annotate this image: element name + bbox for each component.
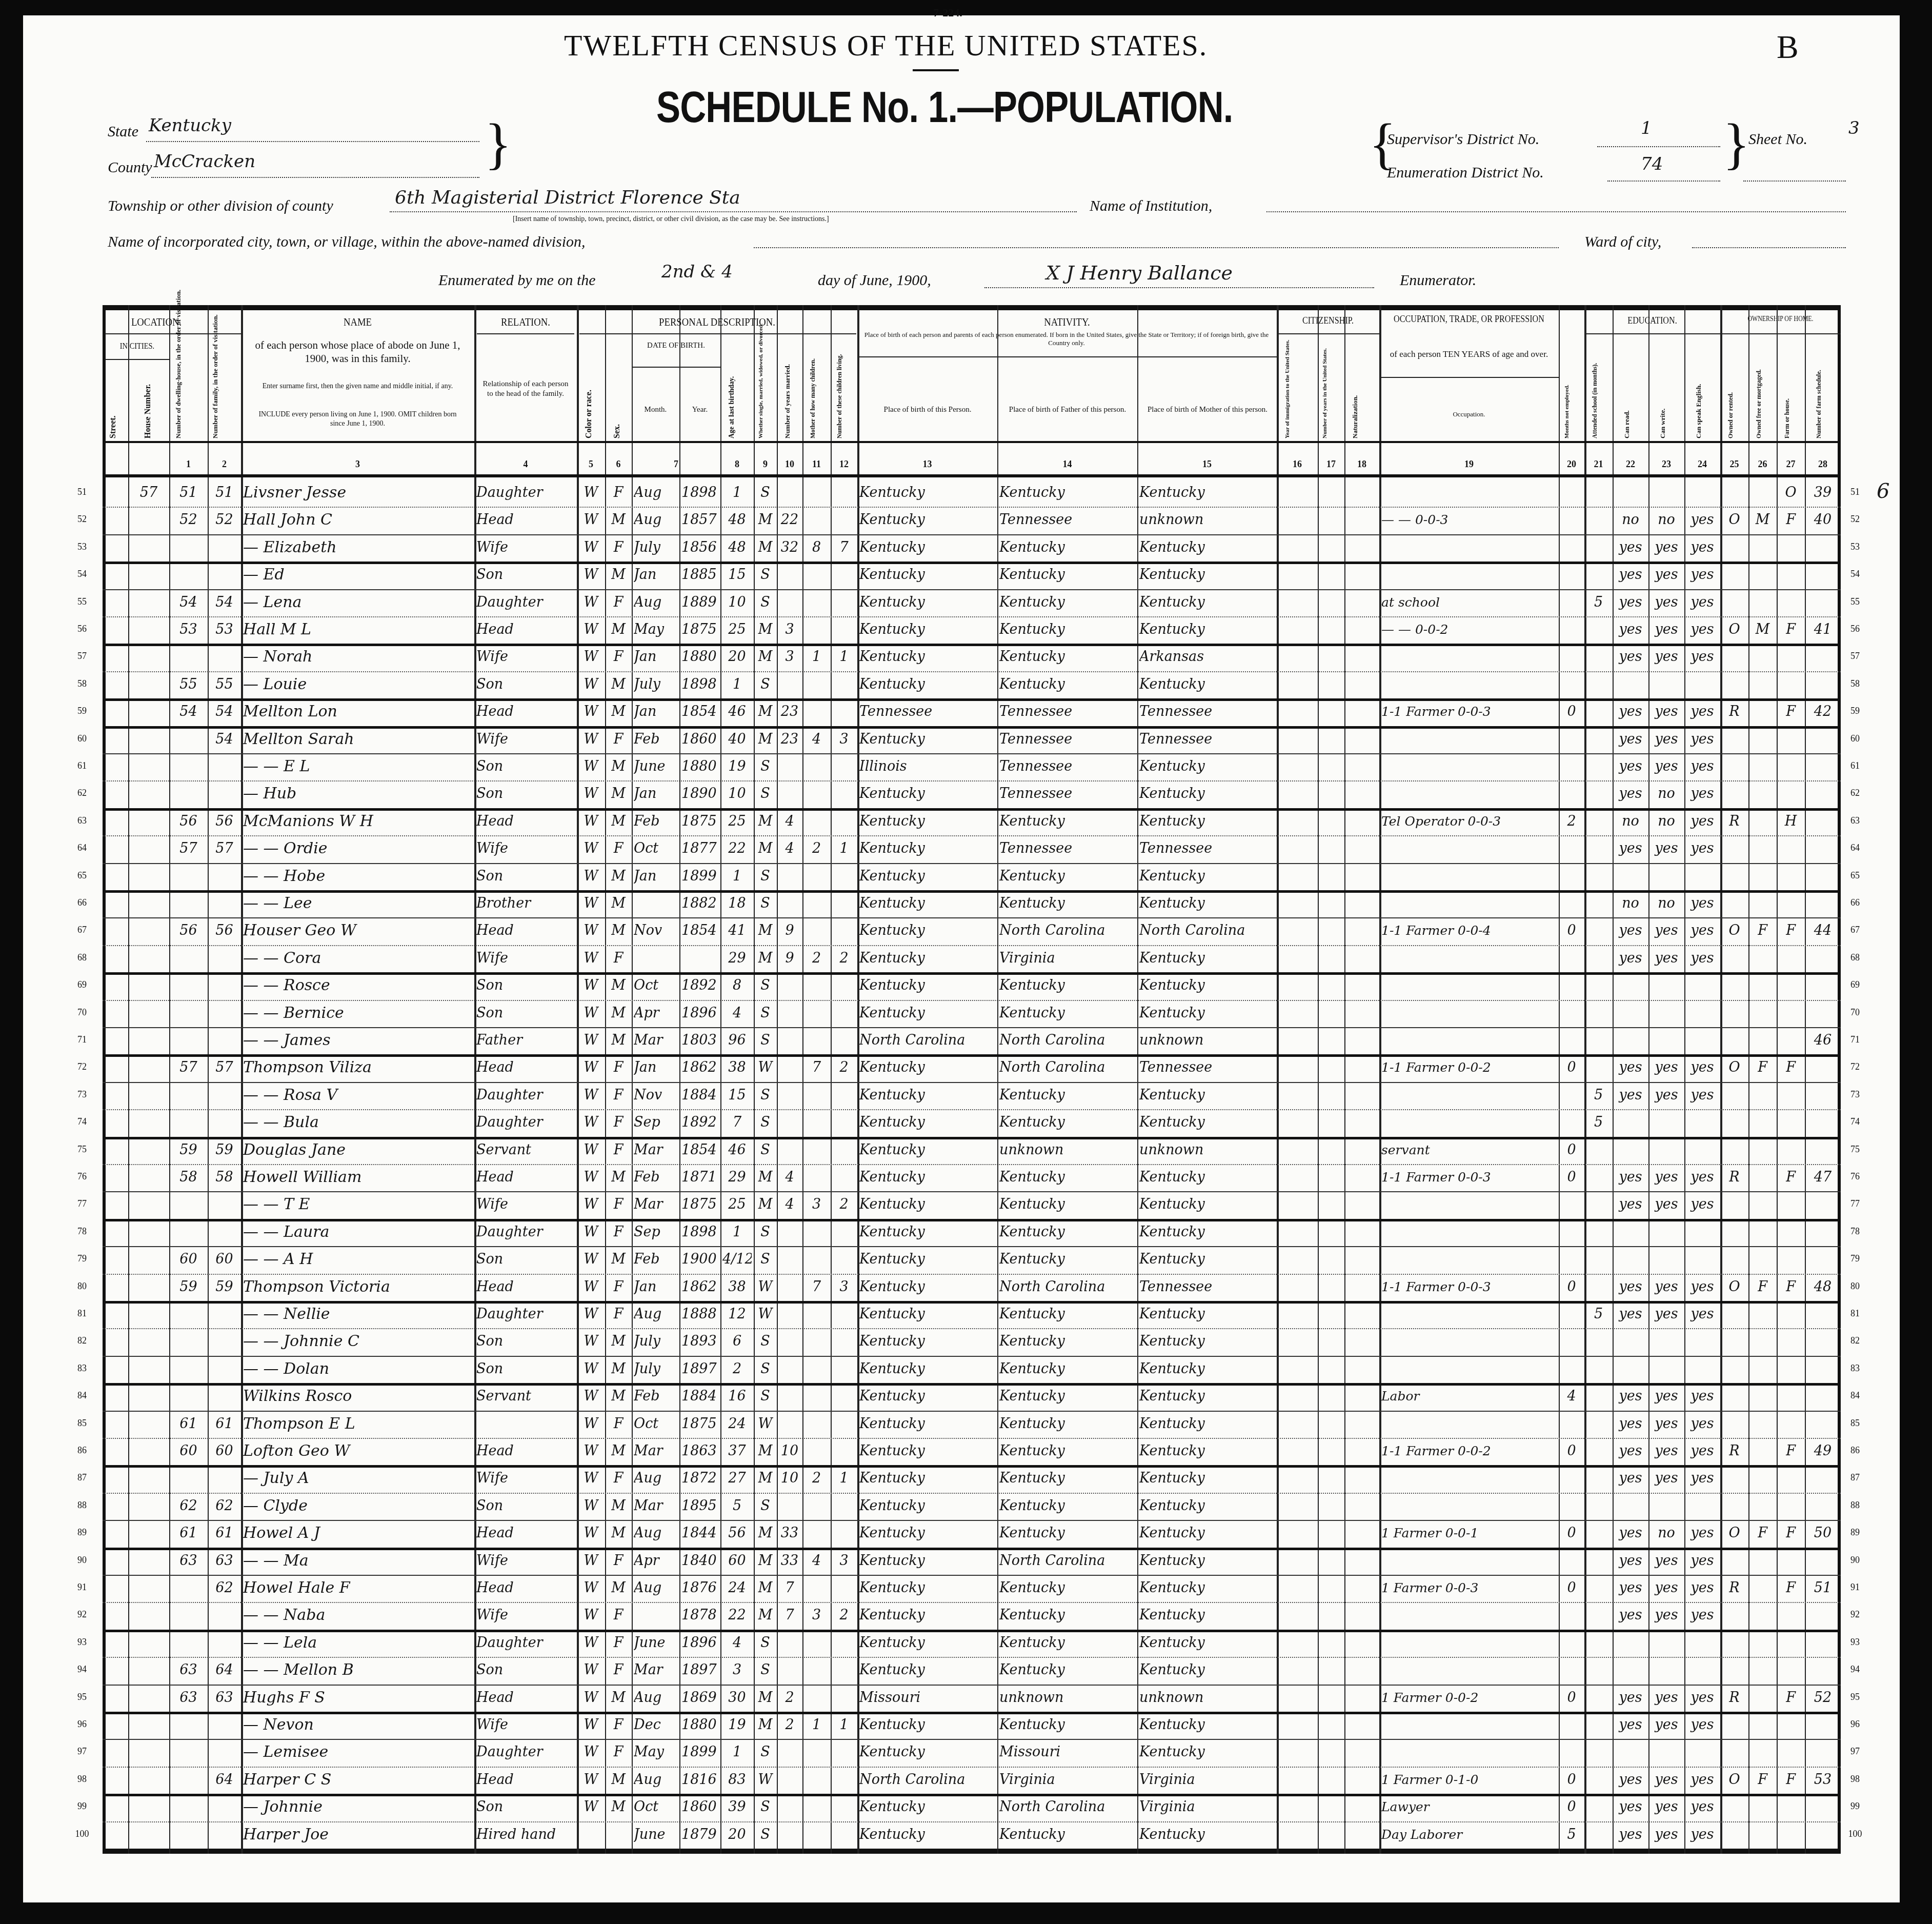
cell-dwelling <box>171 1794 206 1820</box>
cell-name: — Lemisee <box>243 1739 472 1765</box>
cell-yrs-married <box>779 1110 800 1135</box>
cell-farm <box>1779 727 1803 752</box>
cell-free <box>1750 836 1775 861</box>
cell-own: R <box>1722 1438 1746 1464</box>
occupation-col-header: Occupation. <box>1379 410 1559 418</box>
cell-house <box>130 1055 167 1080</box>
state-value: Kentucky <box>149 115 231 136</box>
institution-line <box>1266 211 1846 212</box>
cell-relation: Wife <box>476 1548 575 1574</box>
cell-pob: Kentucky <box>859 891 995 916</box>
cell-schedule <box>1807 562 1839 588</box>
cell-schedule <box>1807 1822 1839 1848</box>
cell-relation: Son <box>476 1657 575 1683</box>
cell-age: 1 <box>722 1739 752 1765</box>
cell-family <box>210 1794 239 1820</box>
cell-age: 46 <box>722 699 752 725</box>
supervisor-line <box>1597 146 1720 147</box>
cell-schedule: 50 <box>1807 1520 1839 1546</box>
cell-write: yes <box>1651 1548 1682 1574</box>
cell-unemployed: 0 <box>1561 1767 1582 1793</box>
line-number-right: 52 <box>1845 514 1865 525</box>
cell-own <box>1722 1712 1746 1738</box>
cell-yrs-married <box>779 1247 800 1272</box>
cell-schedule <box>1807 1055 1839 1080</box>
cell-pob-mother: Kentucky <box>1139 1602 1275 1628</box>
cell-own <box>1722 1493 1746 1519</box>
cell-name: Douglas Jane <box>243 1137 472 1163</box>
cell-year: 1892 <box>681 973 718 998</box>
cell-age: 12 <box>722 1301 752 1327</box>
cell-occupation <box>1381 973 1557 998</box>
cell-age: 27 <box>722 1466 752 1491</box>
cell-read: yes <box>1615 699 1646 725</box>
cell-family <box>210 1630 239 1656</box>
cell-marital: S <box>756 781 775 807</box>
cell-occupation <box>1381 1110 1557 1135</box>
cell-mother-of <box>804 1520 829 1546</box>
cell-sex: M <box>607 507 630 533</box>
cell-relation: Hired hand <box>476 1822 575 1848</box>
line-number-right: 74 <box>1845 1116 1865 1127</box>
cell-dwelling <box>171 946 206 971</box>
cell-relation: Wife <box>476 1466 575 1491</box>
cell-sex: F <box>607 836 630 861</box>
cell-school <box>1586 781 1611 807</box>
cell-write: yes <box>1651 1466 1682 1491</box>
cell-age: 38 <box>722 1274 752 1300</box>
cell-pob: Kentucky <box>859 1739 995 1765</box>
cell-yrs-married: 4 <box>779 1165 800 1190</box>
cell-living <box>833 1000 855 1026</box>
cell-year: 1854 <box>681 1137 718 1163</box>
cell-english <box>1686 1657 1718 1683</box>
cell-relation: Head <box>476 1438 575 1464</box>
column-divider <box>128 305 129 1854</box>
cell-pob: Kentucky <box>859 1083 995 1108</box>
cell-write: yes <box>1651 754 1682 779</box>
cell-color: W <box>579 562 603 588</box>
cell-name: — — Rosce <box>243 973 472 998</box>
state-line <box>146 141 479 142</box>
cell-dwelling: 63 <box>171 1548 206 1574</box>
cell-write: yes <box>1651 1822 1682 1848</box>
cell-english: yes <box>1686 1794 1718 1820</box>
cell-marital: S <box>756 672 775 697</box>
cell-english: yes <box>1686 1466 1718 1491</box>
cell-sex: F <box>607 1630 630 1656</box>
vh-dwelling: Number of dwelling-house, in the order o… <box>174 338 183 438</box>
cell-year: 1816 <box>681 1767 718 1793</box>
cell-name: Wilkins Rosco <box>243 1384 472 1409</box>
cell-occupation <box>1381 1602 1557 1628</box>
cell-marital: M <box>756 809 775 834</box>
cell-pob-mother: unknown <box>1139 1028 1275 1053</box>
line-number-right: 100 <box>1845 1829 1865 1839</box>
cell-pob: Kentucky <box>859 864 995 889</box>
cell-relation: Head <box>476 1165 575 1190</box>
cell-sex: F <box>607 1219 630 1245</box>
cell-marital: M <box>756 644 775 670</box>
cell-occupation <box>1381 1192 1557 1217</box>
cell-read <box>1615 1630 1646 1656</box>
cell-pob-mother: Kentucky <box>1139 1247 1275 1272</box>
cell-pob-mother: Kentucky <box>1139 946 1275 971</box>
cell-name: Howel A J <box>243 1520 472 1546</box>
vh-color: Color or race. <box>585 359 594 438</box>
column-number: 22 <box>1613 459 1648 470</box>
cell-school <box>1586 562 1611 588</box>
cell-family <box>210 1219 239 1245</box>
margin-note: 6 <box>1877 479 1889 503</box>
cell-marital: M <box>756 699 775 725</box>
cell-occupation <box>1381 1000 1557 1026</box>
cell-school <box>1586 1493 1611 1519</box>
cell-occupation <box>1381 1630 1557 1656</box>
cell-farm: F <box>1779 918 1803 944</box>
cell-yrs-married: 9 <box>779 918 800 944</box>
line-number-left: 89 <box>72 1527 92 1538</box>
cell-sex: M <box>607 672 630 697</box>
cell-yrs-married <box>779 1301 800 1327</box>
cell-write <box>1651 1493 1682 1519</box>
line-number-right: 86 <box>1845 1445 1865 1456</box>
cell-own <box>1722 1247 1746 1272</box>
cell-yrs-married <box>779 1356 800 1382</box>
cell-read <box>1615 1028 1646 1053</box>
cell-own: O <box>1722 507 1746 533</box>
cell-dwelling <box>171 754 206 779</box>
cell-free <box>1750 1466 1775 1491</box>
cell-house <box>130 1822 167 1848</box>
cell-yrs-married: 2 <box>779 1712 800 1738</box>
supervisor-label: Supervisor's District No. <box>1387 131 1539 148</box>
cell-month: July <box>634 535 677 560</box>
cell-mother-of <box>804 1301 829 1327</box>
cell-free <box>1750 1110 1775 1135</box>
cell-pob: Kentucky <box>859 672 995 697</box>
cell-house <box>130 1083 167 1108</box>
cell-dwelling: 56 <box>171 809 206 834</box>
cell-dwelling: 56 <box>171 918 206 944</box>
cell-family <box>210 973 239 998</box>
cell-age: 8 <box>722 973 752 998</box>
cell-dwelling <box>171 1000 206 1026</box>
cell-color: W <box>579 1520 603 1546</box>
cell-unemployed <box>1561 1739 1582 1765</box>
cell-relation: Head <box>476 1520 575 1546</box>
cell-free <box>1750 754 1775 779</box>
cell-sex: M <box>607 809 630 834</box>
cell-farm <box>1779 1602 1803 1628</box>
name-instruction-2: INCLUDE every person living on June 1, 1… <box>251 410 464 428</box>
cell-year: 1893 <box>681 1329 718 1354</box>
sheet-letter: B <box>1777 28 1799 66</box>
cell-unemployed <box>1561 644 1582 670</box>
cell-pob: Kentucky <box>859 590 995 615</box>
nativity-rule <box>857 356 1277 357</box>
cell-name: Howell William <box>243 1165 472 1190</box>
cell-pob: Kentucky <box>859 1630 995 1656</box>
cell-age: 20 <box>722 1822 752 1848</box>
cell-sex: M <box>607 864 630 889</box>
cell-own <box>1722 1739 1746 1765</box>
cell-relation: Son <box>476 1329 575 1354</box>
cell-own: O <box>1722 918 1746 944</box>
cell-relation: Head <box>476 1685 575 1711</box>
cell-pob: Kentucky <box>859 1520 995 1546</box>
cell-family: 58 <box>210 1165 239 1190</box>
cell-mother-of <box>804 617 829 643</box>
cell-pob-mother: Virginia <box>1139 1767 1275 1793</box>
line-number-left: 52 <box>72 514 92 525</box>
cell-free <box>1750 1329 1775 1354</box>
cell-color: W <box>579 727 603 752</box>
cell-pob-mother: Kentucky <box>1139 1575 1275 1601</box>
cell-age: 4/12 <box>722 1247 752 1272</box>
cell-house <box>130 1137 167 1163</box>
cell-mother-of <box>804 1657 829 1683</box>
cell-age: 19 <box>722 754 752 779</box>
cell-marital: M <box>756 535 775 560</box>
cell-occupation <box>1381 1301 1557 1327</box>
cell-free <box>1750 1219 1775 1245</box>
cell-pob-mother: Kentucky <box>1139 480 1275 506</box>
cell-pob-father: Missouri <box>999 1739 1135 1765</box>
line-number-right: 69 <box>1845 979 1865 990</box>
enumerator-line <box>984 287 1374 288</box>
cell-name: Thompson Viliza <box>243 1055 472 1080</box>
cell-read <box>1615 480 1646 506</box>
cell-read: yes <box>1615 1822 1646 1848</box>
cell-family: 64 <box>210 1657 239 1683</box>
cell-marital: S <box>756 1384 775 1409</box>
cell-name: — Louie <box>243 672 472 697</box>
group-education: EDUCATION. <box>1595 315 1710 327</box>
cell-school <box>1586 1329 1611 1354</box>
group-occupation: OCCUPATION, TRADE, OR PROFESSION <box>1393 314 1545 325</box>
cell-pob-father: unknown <box>999 1685 1135 1711</box>
cell-month: Aug <box>634 1767 677 1793</box>
cell-free <box>1750 1685 1775 1711</box>
cell-school: 5 <box>1586 1110 1611 1135</box>
cell-farm <box>1779 946 1803 971</box>
cell-free: F <box>1750 1520 1775 1546</box>
cell-age: 25 <box>722 809 752 834</box>
cell-own: O <box>1722 1520 1746 1546</box>
cell-pob-father: Kentucky <box>999 1657 1135 1683</box>
line-number-left: 88 <box>72 1500 92 1511</box>
cell-free <box>1750 1000 1775 1026</box>
cell-marital: S <box>756 1356 775 1382</box>
cell-color: W <box>579 1493 603 1519</box>
cell-english <box>1686 1110 1718 1135</box>
cell-living <box>833 918 855 944</box>
cell-yrs-married: 23 <box>779 699 800 725</box>
cell-pob-father: Tennessee <box>999 754 1135 779</box>
cell-school <box>1586 699 1611 725</box>
cell-write: yes <box>1651 1575 1682 1601</box>
cell-year: 1897 <box>681 1356 718 1382</box>
cell-pob-father: Kentucky <box>999 1329 1135 1354</box>
cell-farm <box>1779 1548 1803 1574</box>
cell-yrs-married: 10 <box>779 1466 800 1491</box>
column-number: 12 <box>831 459 857 470</box>
cell-yrs-married <box>779 1411 800 1437</box>
cell-name: McManions W H <box>243 809 472 834</box>
cell-color: W <box>579 1630 603 1656</box>
cell-color: W <box>579 1055 603 1080</box>
cell-pob-father: Tennessee <box>999 781 1135 807</box>
cell-read <box>1615 864 1646 889</box>
cell-year: 1898 <box>681 1219 718 1245</box>
cell-month: Sep <box>634 1110 677 1135</box>
cell-age: 4 <box>722 1000 752 1026</box>
cell-dwelling <box>171 644 206 670</box>
date-of-birth-header: DATE OF BIRTH. <box>632 341 720 351</box>
cell-farm <box>1779 1219 1803 1245</box>
cell-relation: Father <box>476 1028 575 1053</box>
cell-age: 37 <box>722 1438 752 1464</box>
cell-year: 1895 <box>681 1493 718 1519</box>
cell-marital: M <box>756 1548 775 1574</box>
cell-write <box>1651 1110 1682 1135</box>
cell-month: Mar <box>634 1137 677 1163</box>
cell-pob-mother: Virginia <box>1139 1794 1275 1820</box>
line-number-right: 56 <box>1845 624 1865 634</box>
cell-mother-of: 2 <box>804 1466 829 1491</box>
cell-schedule <box>1807 836 1839 861</box>
cell-month: Mar <box>634 1493 677 1519</box>
cell-dwelling <box>171 1192 206 1217</box>
cell-english: yes <box>1686 1083 1718 1108</box>
cell-living: 1 <box>833 1466 855 1491</box>
line-number-right: 79 <box>1845 1253 1865 1264</box>
cell-marital: W <box>756 1411 775 1437</box>
cell-sex: F <box>607 1712 630 1738</box>
cell-farm <box>1779 891 1803 916</box>
cell-farm <box>1779 1411 1803 1437</box>
cell-yrs-married <box>779 1219 800 1245</box>
cell-pob-father: Kentucky <box>999 1438 1135 1464</box>
cell-pob: North Carolina <box>859 1028 995 1053</box>
cell-name: — — Bernice <box>243 1000 472 1026</box>
cell-pob-father: Tennessee <box>999 507 1135 533</box>
line-number-right: 99 <box>1845 1801 1865 1812</box>
cell-schedule <box>1807 1712 1839 1738</box>
cell-pob: North Carolina <box>859 1767 995 1793</box>
cell-pob-father: Kentucky <box>999 1520 1135 1546</box>
cell-occupation: Labor <box>1381 1384 1557 1409</box>
cell-month: June <box>634 754 677 779</box>
cell-english <box>1686 1329 1718 1354</box>
line-number-left: 54 <box>72 569 92 579</box>
cell-name: — — Mellon B <box>243 1657 472 1683</box>
vh-mother-of: Mother of how many children. <box>809 338 817 438</box>
line-number-left: 70 <box>72 1007 92 1018</box>
cell-school <box>1586 754 1611 779</box>
cell-school <box>1586 1575 1611 1601</box>
township-line <box>390 211 1077 212</box>
line-number-right: 93 <box>1845 1637 1865 1648</box>
cell-year: 1900 <box>681 1247 718 1272</box>
cell-color: W <box>579 1739 603 1765</box>
cell-living <box>833 1110 855 1135</box>
cell-name: — Nevon <box>243 1712 472 1738</box>
cell-sex: F <box>607 1466 630 1491</box>
cell-name: — — Bula <box>243 1110 472 1135</box>
group-relation: RELATION. <box>482 315 569 329</box>
cell-pob-mother: Arkansas <box>1139 644 1275 670</box>
cell-family <box>210 1356 239 1382</box>
cell-color: W <box>579 1548 603 1574</box>
cell-name: — — Naba <box>243 1602 472 1628</box>
cell-pob-mother: Tennessee <box>1139 836 1275 861</box>
cell-year: 1862 <box>681 1274 718 1300</box>
cell-age: 2 <box>722 1356 752 1382</box>
form-number: 7-224. <box>933 6 962 19</box>
cell-month: Oct <box>634 973 677 998</box>
cell-pob-father: Kentucky <box>999 1301 1135 1327</box>
cell-dwelling: 57 <box>171 836 206 861</box>
cell-occupation <box>1381 1739 1557 1765</box>
cell-own: O <box>1722 617 1746 643</box>
cell-sex: M <box>607 1329 630 1354</box>
schedule-title: SCHEDULE No. 1.—POPULATION. <box>656 82 1233 133</box>
cell-family: 62 <box>210 1493 239 1519</box>
cell-mother-of <box>804 562 829 588</box>
cell-name: — Lena <box>243 590 472 615</box>
cell-relation: Son <box>476 1794 575 1820</box>
cell-mother-of <box>804 1356 829 1382</box>
cell-family <box>210 1110 239 1135</box>
cell-mother-of <box>804 1083 829 1108</box>
cell-school <box>1586 1548 1611 1574</box>
cell-write <box>1651 1247 1682 1272</box>
cell-mother-of: 1 <box>804 1712 829 1738</box>
line-number-left: 53 <box>72 542 92 552</box>
cell-own <box>1722 781 1746 807</box>
cell-pob-father: Kentucky <box>999 1575 1135 1601</box>
cell-house <box>130 1110 167 1135</box>
cell-month: Jan <box>634 644 677 670</box>
cell-month <box>634 946 677 971</box>
cell-mother-of <box>804 507 829 533</box>
line-number-left: 64 <box>72 843 92 853</box>
cell-write: yes <box>1651 562 1682 588</box>
column-divider <box>1137 305 1138 1854</box>
cell-free <box>1750 1411 1775 1437</box>
cell-read: yes <box>1615 754 1646 779</box>
cell-occupation <box>1381 1083 1557 1108</box>
cell-color: W <box>579 480 603 506</box>
cell-color: W <box>579 836 603 861</box>
cell-english: yes <box>1686 727 1718 752</box>
cell-school <box>1586 727 1611 752</box>
cell-relation: Son <box>476 781 575 807</box>
cell-unemployed <box>1561 1548 1582 1574</box>
cell-pob-father: Kentucky <box>999 973 1135 998</box>
cell-dwelling <box>171 1083 206 1108</box>
cell-pob: Kentucky <box>859 1822 995 1848</box>
cell-living <box>833 1356 855 1382</box>
cell-month: Jan <box>634 562 677 588</box>
cell-schedule <box>1807 1247 1839 1272</box>
cell-mother-of <box>804 1329 829 1354</box>
cell-read: yes <box>1615 617 1646 643</box>
cell-occupation <box>1381 1028 1557 1053</box>
cell-marital: M <box>756 1575 775 1601</box>
